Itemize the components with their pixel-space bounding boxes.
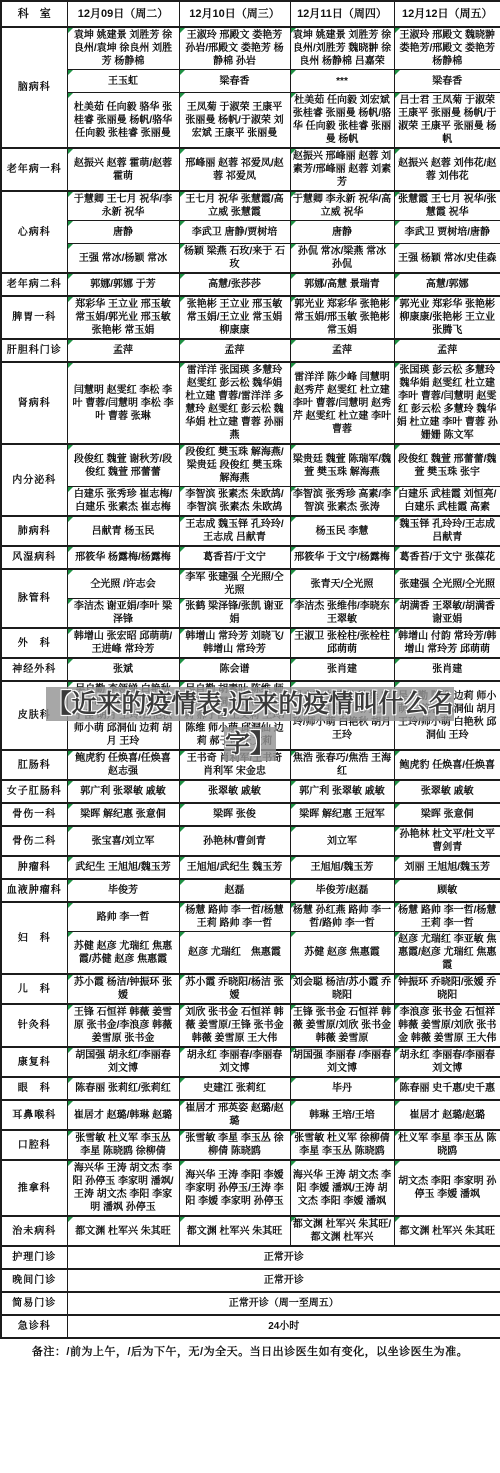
schedule-cell: 郭光业 郑彩华 张艳彬 柳康康/张艳彬 王立业 张腾飞 <box>394 296 500 339</box>
schedule-cell: 吕士君 王凤菊 于淑荣 王康平 张丽曼 杨帆/于淑荣 王康平 张丽曼 杨帆 <box>394 93 500 149</box>
dept-label: 女子肛肠科 <box>1 780 67 803</box>
schedule-cell: 都文渊 杜军兴 朱其旺 <box>67 1216 179 1246</box>
dept-label: 治未病科 <box>1 1216 67 1246</box>
schedule-cell: 王书奇 肖利军/王书奇 肖利军 宋金忠 <box>179 750 290 780</box>
schedule-row: 老年病二科郭娜/郭娜 于芳高慧/张莎莎郭娜/高慧 景瑞青高慧/郭娜 <box>1 273 500 296</box>
schedule-cell: 吴自勤 胡素叶 陈维 师小萌 邱洞仙 白艳秋 边莉 郝子佳 王文莉 王玲/陈维 … <box>179 681 290 750</box>
dept-label: 骨伤一科 <box>1 803 67 826</box>
schedule-cell: 王锋 石恒祥 韩薇 姜雪原 张书金/李浪彦 韩薇 姜雪原 张书金 <box>67 1004 179 1047</box>
schedule-row: 肾病科闫慧明 赵雯红 李松 李叶 曹蓉/闫慧明 李松 李叶 曹蓉 张琳雷洋洋 张… <box>1 362 500 444</box>
date-header-fri: 12月12日（周五） <box>394 1 500 27</box>
schedule-cell: 袁坤 姚建景 刘胜芳 徐良州/刘胜芳 魏晓翀 徐良州 杨静棉 吕嘉荣 <box>290 27 394 70</box>
schedule-cell: 梁晖 张俊 <box>179 803 290 826</box>
schedule-cell: 段俊红 魏萱 谢秋芳/段俊红 魏萱 邢蕾蕾 <box>67 444 179 487</box>
dept-label: 骨伤二科 <box>1 826 67 856</box>
schedule-cell: 王淑卫 张栓柱/张栓柱 邱萌萌 <box>290 628 394 658</box>
schedule-cell: 郭娜/郭娜 于芳 <box>67 273 179 296</box>
schedule-cell: 赵彦 尤瑞红 李亚敏 焦惠霞/赵彦 尤瑞红 焦惠霞 <box>394 932 500 975</box>
schedule-row: 口腔科张雪敏 杜义军 李玉丛 李星 陈晓鸥 徐柳倩张雪敏 李星 李玉丛 徐柳倩 … <box>1 1130 500 1160</box>
schedule-cell: 王旭旭/武纪生 魏玉芳 <box>179 856 290 879</box>
schedule-cell: 王淑玲 邢殿文 魏晓翀 娄艳芳/邢殿文 娄艳芳 杨静棉 <box>394 27 500 70</box>
schedule-cell: 高慧/张莎莎 <box>179 273 290 296</box>
schedule-row: 王玉虹梁春香***梁春香 <box>1 70 500 93</box>
schedule-cell: 赵振兴 赵蓉 霍萌/赵蓉 霍萌 <box>67 148 179 191</box>
schedule-cell: 张斌 <box>67 658 179 681</box>
schedule-cell: 顾敏 <box>394 879 500 902</box>
schedule-cell: 孟萍 <box>394 339 500 362</box>
dept-label: 肿瘤科 <box>1 856 67 879</box>
schedule-cell: 都文渊 杜军兴 朱其旺 <box>394 1216 500 1246</box>
schedule-cell: 吴自勤 胡素叶 陈维 师小萌 白艳秋 胡月 王玲/师小萌 白艳秋 胡月 王玲 <box>290 681 394 750</box>
schedule-cell: 陈春丽 张莉红/张莉红 <box>67 1077 179 1100</box>
schedule-row: 苏健 赵彦 尤瑞红 焦惠霞/苏健 赵彦 焦惠霞赵彦 尤瑞红 焦惠霞苏健 赵彦 焦… <box>1 932 500 975</box>
dept-label: 血液肿瘤科 <box>1 879 67 902</box>
schedule-cell: 孙艳林/曹剑青 <box>179 826 290 856</box>
schedule-cell: 李洁杰 张维伟/李晓东 王翠敏 <box>290 599 394 629</box>
dept-label: 老年病二科 <box>1 273 67 296</box>
dept-label: 口腔科 <box>1 1130 67 1160</box>
schedule-row: 唐静李武卫 唐静/贾树培唐静李武卫 贾树培/唐静 <box>1 221 500 244</box>
dept-label: 儿 科 <box>1 974 67 1004</box>
dept-label: 推拿科 <box>1 1160 67 1216</box>
dept-label: 风湿病科 <box>1 546 67 569</box>
schedule-cell: *** <box>290 70 394 93</box>
schedule-cell: 张鹤 梁泽锋/张凯 谢亚娟 <box>179 599 290 629</box>
schedule-cell: 李洁杰 谢亚娟/李叶 梁泽锋 <box>67 599 179 629</box>
service-row: 晚间门诊正常开诊 <box>1 1269 500 1292</box>
schedule-cell: 于慧卿 王七月 祝华/李永新 祝华 <box>67 191 179 221</box>
schedule-cell: 张肖建 <box>394 658 500 681</box>
schedule-row: 针灸科王锋 石恒祥 韩薇 姜雪原 张书金/李浪彦 韩薇 姜雪原 张书金刘欣 张书… <box>1 1004 500 1047</box>
schedule-cell: 都文渊 杜军兴 朱其旺/都文渊 杜军兴 <box>290 1216 394 1246</box>
schedule-cell: 郑彩华 王立业 邢玉敏 常玉娟/郭光业 邢玉敏 张艳彬 常玉娟 <box>67 296 179 339</box>
service-status: 正常开诊 <box>67 1269 500 1292</box>
schedule-cell: 杜美茹 任向毅 刘宏斌 张桂睿 张丽曼 杨帆/骆华 任向毅 张桂睿 张丽曼 杨帆 <box>290 93 394 149</box>
dept-label: 康复科 <box>1 1047 67 1077</box>
schedule-cell: 崔居才 赵璐/赵璐 <box>394 1100 500 1130</box>
schedule-cell: 陈春丽 史千惠/史千惠 <box>394 1077 500 1100</box>
schedule-row: 耳鼻喉科崔居才 赵璐/韩琳 赵璐崔居才 邢英姿 赵璐/赵璐韩琳 王培/王培崔居才… <box>1 1100 500 1130</box>
schedule-cell: 王志成 魏玉铎 孔玲玲/王志成 吕献青 <box>179 516 290 546</box>
schedule-cell: 鲍虎豹 任焕喜/任焕喜 赵志强 <box>67 750 179 780</box>
schedule-row: 脑病科袁坤 姚建景 刘胜芳 徐良州/袁坤 徐良州 刘胜芳 杨静棉王淑玲 邢殿文 … <box>1 27 500 70</box>
schedule-row: 皮肤科吴自勤 李领娣 白艳秋 师小萌 邱洞仙 边莉 郝子佳 胡月 王玲/白艳秋 … <box>1 681 500 750</box>
schedule-row: 王强 常冰/杨颖 常冰杨颖 梁燕 石玫/来于 石玫孙侃 常冰/梁燕 常冰 孙侃王… <box>1 244 500 274</box>
schedule-cell: 韩琳 王培/王培 <box>290 1100 394 1130</box>
schedule-cell: 张雪敏 杜义军 徐柳倩 李星 李玉丛 陈晓鸥 <box>290 1130 394 1160</box>
schedule-row: 老年病一科赵振兴 赵蓉 霍萌/赵蓉 霍萌邢峰丽 赵蓉 祁爱凤/赵蓉 祁爱凤赵振兴… <box>1 148 500 191</box>
schedule-cell: 李军 张建强 仝光照/仝光照 <box>179 569 290 599</box>
schedule-page: 科 室 12月09日（周二） 12月10日（周三） 12月11日（周四） 12月… <box>0 0 500 1473</box>
schedule-row: 眼 科陈春丽 张莉红/张莉红史建江 张莉红毕丹陈春丽 史千惠/史千惠 <box>1 1077 500 1100</box>
schedule-cell: 武纪生 王旭旭/魏玉芳 <box>67 856 179 879</box>
schedule-cell: 王凤菊 于淑荣 王康平 张丽曼 杨帆/于淑荣 刘宏斌 王康平 张丽曼 <box>179 93 290 149</box>
schedule-row: 肿瘤科武纪生 王旭旭/魏玉芳王旭旭/武纪生 魏玉芳王旭旭/魏玉芳刘丽 王旭旭/魏… <box>1 856 500 879</box>
schedule-cell: 孙侃 常冰/梁燕 常冰 孙侃 <box>290 244 394 274</box>
schedule-cell: 胡国强 李丽春 /李丽春 刘文博 <box>290 1047 394 1077</box>
schedule-cell: 赵振兴 邢峰丽 赵蓉 刘素芳/邢峰丽 赵蓉 刘素芳 <box>290 148 394 191</box>
corner-header: 科 室 <box>1 1 67 27</box>
schedule-cell: 杜义军 李星 李玉丛 陈晓鸥 <box>394 1130 500 1160</box>
schedule-cell: 张建强 仝光照/仝光照 <box>394 569 500 599</box>
schedule-cell: 梁晖 解纪惠 张意侗 <box>67 803 179 826</box>
dept-label: 脾胃一科 <box>1 296 67 339</box>
schedule-cell: 段俊红 樊玉珠 解海燕/梁贵廷 段俊红 樊玉珠 解海燕 <box>179 444 290 487</box>
schedule-cell: 郭娜/高慧 景瑞青 <box>290 273 394 296</box>
schedule-cell: 雷洋洋 陈少峰 闫慧明 赵秀芹 赵雯红 杜立建 李叶 曹蓉/闫慧明 赵秀芹 赵雯… <box>290 362 394 444</box>
schedule-row: 推拿科海兴华 王涛 胡文杰 李阳 孙停玉 李家明 潘飒/王涛 胡文杰 李阳 李家… <box>1 1160 500 1216</box>
schedule-cell: 李浪彦 张书金 石恒祥 韩薇 姜雪原/刘欣 张书金 韩薇 姜雪原 王大伟 <box>394 1004 500 1047</box>
schedule-cell: 胡国强 胡永红/李丽春 刘文博 <box>67 1047 179 1077</box>
schedule-cell: 杜美茹 任向毅 骆华 张桂睿 张丽曼 杨帆/骆华 任向毅 张桂睿 张丽曼 <box>67 93 179 149</box>
dept-label: 心病科 <box>1 191 67 273</box>
schedule-row: 女子肛肠科郭广利 张翠敏 戚敏张翠敏 戚敏郭广利 张翠敏 戚敏张翠敏 戚敏 <box>1 780 500 803</box>
service-row: 急诊科24小时 <box>1 1315 500 1338</box>
schedule-cell: 海兴华 王涛 胡文杰 李阳 李嫒 潘飒/王涛 胡文杰 李阳 李嫒 潘飒 <box>290 1160 394 1216</box>
schedule-row: 脉管科仝光照 /许志会李军 张建强 仝光照/仝光照张青天/仝光照张建强 仝光照/… <box>1 569 500 599</box>
schedule-cell: 赵彦 尤瑞红 焦惠霞 <box>179 932 290 975</box>
schedule-cell: 闫慧明 赵雯红 李松 李叶 曹蓉/闫慧明 李松 李叶 曹蓉 张琳 <box>67 362 179 444</box>
schedule-cell: 郭光业 郑彩华 张艳彬 常玉娟/邢玉敏 张艳彬 常玉娟 <box>290 296 394 339</box>
schedule-cell: 李武卫 唐静/贾树培 <box>179 221 290 244</box>
service-row: 护理门诊正常开诊 <box>1 1246 500 1269</box>
schedule-row: 李洁杰 谢亚娟/李叶 梁泽锋张鹤 梁泽锋/张凯 谢亚娟李洁杰 张维伟/李晓东 王… <box>1 599 500 629</box>
schedule-row: 外 科韩增山 张宏昭 邱萌萌/王进峰 常玲芳韩增山 常玲芳 刘晓飞/韩增山 常玲… <box>1 628 500 658</box>
schedule-cell: 郭广利 张翠敏 戚敏 <box>290 780 394 803</box>
dept-label: 妇 科 <box>1 902 67 974</box>
schedule-cell: 胡永红 李丽春/李丽春 刘文博 <box>179 1047 290 1077</box>
schedule-cell: 张国瑛 彭云松 多慧玲 魏华娟 赵雯红 杜立建 李叶 曹蓉/闫慧明 赵雯红 彭云… <box>394 362 500 444</box>
schedule-cell: 史建江 张莉红 <box>179 1077 290 1100</box>
schedule-cell: 孟萍 <box>290 339 394 362</box>
schedule-row: 脾胃一科郑彩华 王立业 邢玉敏 常玉娟/郭光业 邢玉敏 张艳彬 常玉娟张艳彬 王… <box>1 296 500 339</box>
schedule-cell: 仝光照 /许志会 <box>67 569 179 599</box>
schedule-cell: 刘立军 <box>290 826 394 856</box>
schedule-cell: 赵振兴 赵蓉 刘伟花/赵蓉 刘伟花 <box>394 148 500 191</box>
schedule-cell: 葛香苔/于文宁 <box>179 546 290 569</box>
schedule-row: 风湿病科邢筱华 杨露梅/杨露梅葛香苔/于文宁邢筱华 于文宁/杨露梅葛香苔/于文宁… <box>1 546 500 569</box>
schedule-cell: 韩增山 张宏昭 邱萌萌/王进峰 常玲芳 <box>67 628 179 658</box>
schedule-cell: 韩增山 常玲芳 刘晓飞/韩增山 常玲芳 <box>179 628 290 658</box>
dept-label: 外 科 <box>1 628 67 658</box>
schedule-row: 肝胆科门诊孟萍孟萍孟萍孟萍 <box>1 339 500 362</box>
schedule-cell: 邢筱华 杨露梅/杨露梅 <box>67 546 179 569</box>
dept-label: 护理门诊 <box>1 1246 67 1269</box>
schedule-cell: 杨慧 孙红燕 路帅 李一哲/路帅 李一哲 <box>290 902 394 932</box>
schedule-cell: 张翠敏 戚敏 <box>394 780 500 803</box>
dept-label: 肺病科 <box>1 516 67 546</box>
schedule-cell: 孟萍 <box>67 339 179 362</box>
schedule-row: 康复科胡国强 胡永红/李丽春 刘文博胡永红 李丽春/李丽春 刘文博胡国强 李丽春… <box>1 1047 500 1077</box>
schedule-cell: 焦浩 张春巧/焦浩 王海红 <box>290 750 394 780</box>
schedule-cell: 雷洋洋 张国瑛 多慧玲 赵雯红 彭云松 魏华娟 杜立建 曹蓉/雷洋洋 多慧玲 赵… <box>179 362 290 444</box>
service-status: 正常开诊（周一至周五） <box>67 1292 500 1315</box>
schedule-cell: 赵磊 <box>179 879 290 902</box>
schedule-row: 肺病科吕献青 杨玉民王志成 魏玉铎 孔玲玲/王志成 吕献青杨玉民 李慧魏玉铎 孔… <box>1 516 500 546</box>
schedule-cell: 海兴华 王涛 胡文杰 李阳 孙停玉 李家明 潘飒/王涛 胡文杰 李阳 李家明 潘… <box>67 1160 179 1216</box>
schedule-cell: 李智滨 张素杰 朱欧鸪/李智滨 张素杰 朱欧鸪 <box>179 487 290 517</box>
schedule-cell: 唐静 <box>67 221 179 244</box>
schedule-cell: 孟萍 <box>179 339 290 362</box>
schedule-cell: 张雪敏 杜义军 李玉丛 李星 陈晓鸥 徐柳倩 <box>67 1130 179 1160</box>
schedule-cell: 张青天/仝光照 <box>290 569 394 599</box>
schedule-cell: 吴自勤 陈维 边莉 师小萌 白艳秋 邱洞仙 胡月 王玲/师小萌 白艳秋 邱洞仙 … <box>394 681 500 750</box>
schedule-cell: 邢峰丽 赵蓉 祁爱凤/赵蓉 祁爱凤 <box>179 148 290 191</box>
schedule-cell: 邢筱华 于文宁/杨露梅 <box>290 546 394 569</box>
schedule-row: 杜美茹 任向毅 骆华 张桂睿 张丽曼 杨帆/骆华 任向毅 张桂睿 张丽曼王凤菊 … <box>1 93 500 149</box>
dept-label: 针灸科 <box>1 1004 67 1047</box>
dept-label: 脉管科 <box>1 569 67 628</box>
service-row: 简易门诊正常开诊（周一至周五） <box>1 1292 500 1315</box>
schedule-cell: 袁坤 姚建景 刘胜芳 徐良州/袁坤 徐良州 刘胜芳 杨静棉 <box>67 27 179 70</box>
schedule-cell: 刘欣 张书金 石恒祥 韩薇 姜雪原/王锋 张书金 韩薇 姜雪原 王大伟 <box>179 1004 290 1047</box>
date-header-wed: 12月10日（周三） <box>179 1 290 27</box>
dept-label: 耳鼻喉科 <box>1 1100 67 1130</box>
footnote: 备注：/前为上午，/后为下午，无/为全天。当日出诊医生如有变化，以坐诊医生为准。 <box>0 1339 500 1359</box>
dept-label: 简易门诊 <box>1 1292 67 1315</box>
schedule-row: 神经外科张斌陈会谱张肖建张肖建 <box>1 658 500 681</box>
schedule-cell: 魏玉铎 孔玲玲/王志成 吕献青 <box>394 516 500 546</box>
schedule-row: 骨伤二科张宝喜/刘立军孙艳林/曹剑青刘立军孙艳林 杜文平/杜文平 曹剑青 <box>1 826 500 856</box>
schedule-cell: 张艳彬 王立业 邢玉敏 常玉娟/王立业 常玉娟 柳康康 <box>179 296 290 339</box>
schedule-cell: 张雪敏 李星 李玉丛 徐柳倩 陈晓鸥 <box>179 1130 290 1160</box>
dept-label: 急诊科 <box>1 1315 67 1338</box>
schedule-row: 妇 科路帅 李一哲杨慧 路帅 李一哲/杨慧 王莉 路帅 李一哲杨慧 孙红燕 路帅… <box>1 902 500 932</box>
schedule-cell: 杨玉民 李慧 <box>290 516 394 546</box>
dept-label: 脑病科 <box>1 27 67 148</box>
dept-label: 肛肠科 <box>1 750 67 780</box>
schedule-cell: 葛香苔/于文宁 张葆花 <box>394 546 500 569</box>
schedule-cell: 李武卫 贾树培/唐静 <box>394 221 500 244</box>
schedule-cell: 白建乐 武桂霞 刘恒亮/白建乐 武桂霞 高素 <box>394 487 500 517</box>
schedule-cell: 鲍虎豹 任焕喜/任焕喜 <box>394 750 500 780</box>
schedule-cell: 段俊红 魏萱 邢蕾蕾/魏萱 樊玉珠 张宇 <box>394 444 500 487</box>
schedule-cell: 李智滨 张秀珍 高素/李智滨 张素杰 张涛 <box>290 487 394 517</box>
schedule-cell: 杨慧 路帅 李一哲/杨慧 王莉 李一哲 <box>394 902 500 932</box>
schedule-cell: 陈会谱 <box>179 658 290 681</box>
schedule-cell: 崔居才 邢英姿 赵璐/赵璐 <box>179 1100 290 1130</box>
schedule-cell: 梁贵廷 魏萱 陈瑞军/魏萱 樊玉珠 解海燕 <box>290 444 394 487</box>
service-status: 24小时 <box>67 1315 500 1338</box>
schedule-cell: 高慧/郭娜 <box>394 273 500 296</box>
schedule-cell: 梁晖 张意侗 <box>394 803 500 826</box>
schedule-cell: 梁春香 <box>179 70 290 93</box>
dept-label: 肝胆科门诊 <box>1 339 67 362</box>
date-header-thu: 12月11日（周四） <box>290 1 394 27</box>
schedule-row: 内分泌科段俊红 魏萱 谢秋芳/段俊红 魏萱 邢蕾蕾段俊红 樊玉珠 解海燕/梁贵廷… <box>1 444 500 487</box>
schedule-cell: 于慧卿 李永新 祝华/高立威 祝华 <box>290 191 394 221</box>
schedule-cell: 胡满香 王翠敏/胡满香 谢亚娟 <box>394 599 500 629</box>
schedule-cell: 王强 杨颖 常冰/史佳森 <box>394 244 500 274</box>
schedule-cell: 苏健 赵彦 焦惠霞 <box>290 932 394 975</box>
schedule-cell: 张翠敏 戚敏 <box>179 780 290 803</box>
dept-label: 肾病科 <box>1 362 67 444</box>
schedule-cell: 苏健 赵彦 尤瑞红 焦惠霞/苏健 赵彦 焦惠霞 <box>67 932 179 975</box>
schedule-cell: 钟振环 乔晓阳/张嫒 乔晓阳 <box>394 974 500 1004</box>
dept-label: 皮肤科 <box>1 681 67 750</box>
schedule-cell: 吕献青 杨玉民 <box>67 516 179 546</box>
schedule-row: 血液肿瘤科毕俊芳赵磊毕俊芳/赵磊顾敏 <box>1 879 500 902</box>
dept-label: 眼 科 <box>1 1077 67 1100</box>
schedule-cell: 海兴华 王涛 李阳 李嫒 李家明 孙停玉/王涛 李阳 李嫒 李家明 孙停玉 <box>179 1160 290 1216</box>
schedule-cell: 梁春香 <box>394 70 500 93</box>
schedule-cell: 王旭旭/魏玉芳 <box>290 856 394 879</box>
schedule-cell: 张肖建 <box>290 658 394 681</box>
schedule-cell: 梁晖 解纪惠 王冠军 <box>290 803 394 826</box>
dept-label: 内分泌科 <box>1 444 67 516</box>
dept-label: 老年病一科 <box>1 148 67 191</box>
dept-label: 晚间门诊 <box>1 1269 67 1292</box>
schedule-row: 骨伤一科梁晖 解纪惠 张意侗梁晖 张俊梁晖 解纪惠 王冠军梁晖 张意侗 <box>1 803 500 826</box>
schedule-cell: 刘会聪 杨洁/苏小霞 乔晓阳 <box>290 974 394 1004</box>
schedule-row: 肛肠科鲍虎豹 任焕喜/任焕喜 赵志强王书奇 肖利军/王书奇 肖利军 宋金忠焦浩 … <box>1 750 500 780</box>
schedule-cell: 毕丹 <box>290 1077 394 1100</box>
schedule-cell: 韩增山 付韵 常玲芳/韩增山 常玲芳 邱萌萌 <box>394 628 500 658</box>
schedule-cell: 崔居才 赵璐/韩琳 赵璐 <box>67 1100 179 1130</box>
schedule-row: 治未病科都文渊 杜军兴 朱其旺都文渊 杜军兴 朱其旺都文渊 杜军兴 朱其旺/都文… <box>1 1216 500 1246</box>
schedule-cell: 苏小霞 乔晓阳/杨洁 张嫒 <box>179 974 290 1004</box>
schedule-cell: 胡永红 李丽春/李丽春 刘文博 <box>394 1047 500 1077</box>
schedule-cell: 刘丽 王旭旭/魏玉芳 <box>394 856 500 879</box>
schedule-row: 心病科于慧卿 王七月 祝华/李永新 祝华王七月 祝华 张慧霞/高立威 张慧霞于慧… <box>1 191 500 221</box>
schedule-cell: 苏小霞 杨洁/钟振环 张嫒 <box>67 974 179 1004</box>
schedule-table: 科 室 12月09日（周二） 12月10日（周三） 12月11日（周四） 12月… <box>0 0 500 1339</box>
schedule-cell: 毕俊芳 <box>67 879 179 902</box>
schedule-cell: 王七月 祝华 张慧霞/高立威 张慧霞 <box>179 191 290 221</box>
date-header-tue: 12月09日（周二） <box>67 1 179 27</box>
schedule-cell: 杨慧 路帅 李一哲/杨慧 王莉 路帅 李一哲 <box>179 902 290 932</box>
schedule-cell: 毕俊芳/赵磊 <box>290 879 394 902</box>
schedule-cell: 白建乐 张秀珍 崔志梅/白建乐 张素杰 崔志梅 <box>67 487 179 517</box>
schedule-cell: 张慧霞 王七月 祝华/张慧霞 祝华 <box>394 191 500 221</box>
dept-label: 神经外科 <box>1 658 67 681</box>
schedule-cell: 王淑玲 邢殿文 娄艳芳 孙岩/邢殿文 娄艳芳 杨静棉 孙岩 <box>179 27 290 70</box>
schedule-cell: 王强 常冰/杨颖 常冰 <box>67 244 179 274</box>
schedule-cell: 吴自勤 李领娣 白艳秋 师小萌 邱洞仙 边莉 郝子佳 胡月 王玲/白艳秋 师小萌… <box>67 681 179 750</box>
schedule-cell: 胡文杰 李阳 李家明 孙停玉 李嫒 潘飒 <box>394 1160 500 1216</box>
schedule-row: 白建乐 张秀珍 崔志梅/白建乐 张素杰 崔志梅李智滨 张素杰 朱欧鸪/李智滨 张… <box>1 487 500 517</box>
schedule-cell: 王锋 张书金 石恒祥 韩薇 姜雪原/刘欣 张书金 韩薇 姜雪原 <box>290 1004 394 1047</box>
schedule-cell: 都文渊 杜军兴 朱其旺 <box>179 1216 290 1246</box>
schedule-cell: 张宝喜/刘立军 <box>67 826 179 856</box>
header-row: 科 室 12月09日（周二） 12月10日（周三） 12月11日（周四） 12月… <box>1 1 500 27</box>
schedule-cell: 王玉虹 <box>67 70 179 93</box>
schedule-cell: 杨颖 梁燕 石玫/来于 石玫 <box>179 244 290 274</box>
schedule-cell: 唐静 <box>290 221 394 244</box>
schedule-cell: 路帅 李一哲 <box>67 902 179 932</box>
schedule-cell: 郭广利 张翠敏 戚敏 <box>67 780 179 803</box>
schedule-row: 儿 科苏小霞 杨洁/钟振环 张嫒苏小霞 乔晓阳/杨洁 张嫒刘会聪 杨洁/苏小霞 … <box>1 974 500 1004</box>
schedule-cell: 孙艳林 杜文平/杜文平 曹剑青 <box>394 826 500 856</box>
service-status: 正常开诊 <box>67 1246 500 1269</box>
